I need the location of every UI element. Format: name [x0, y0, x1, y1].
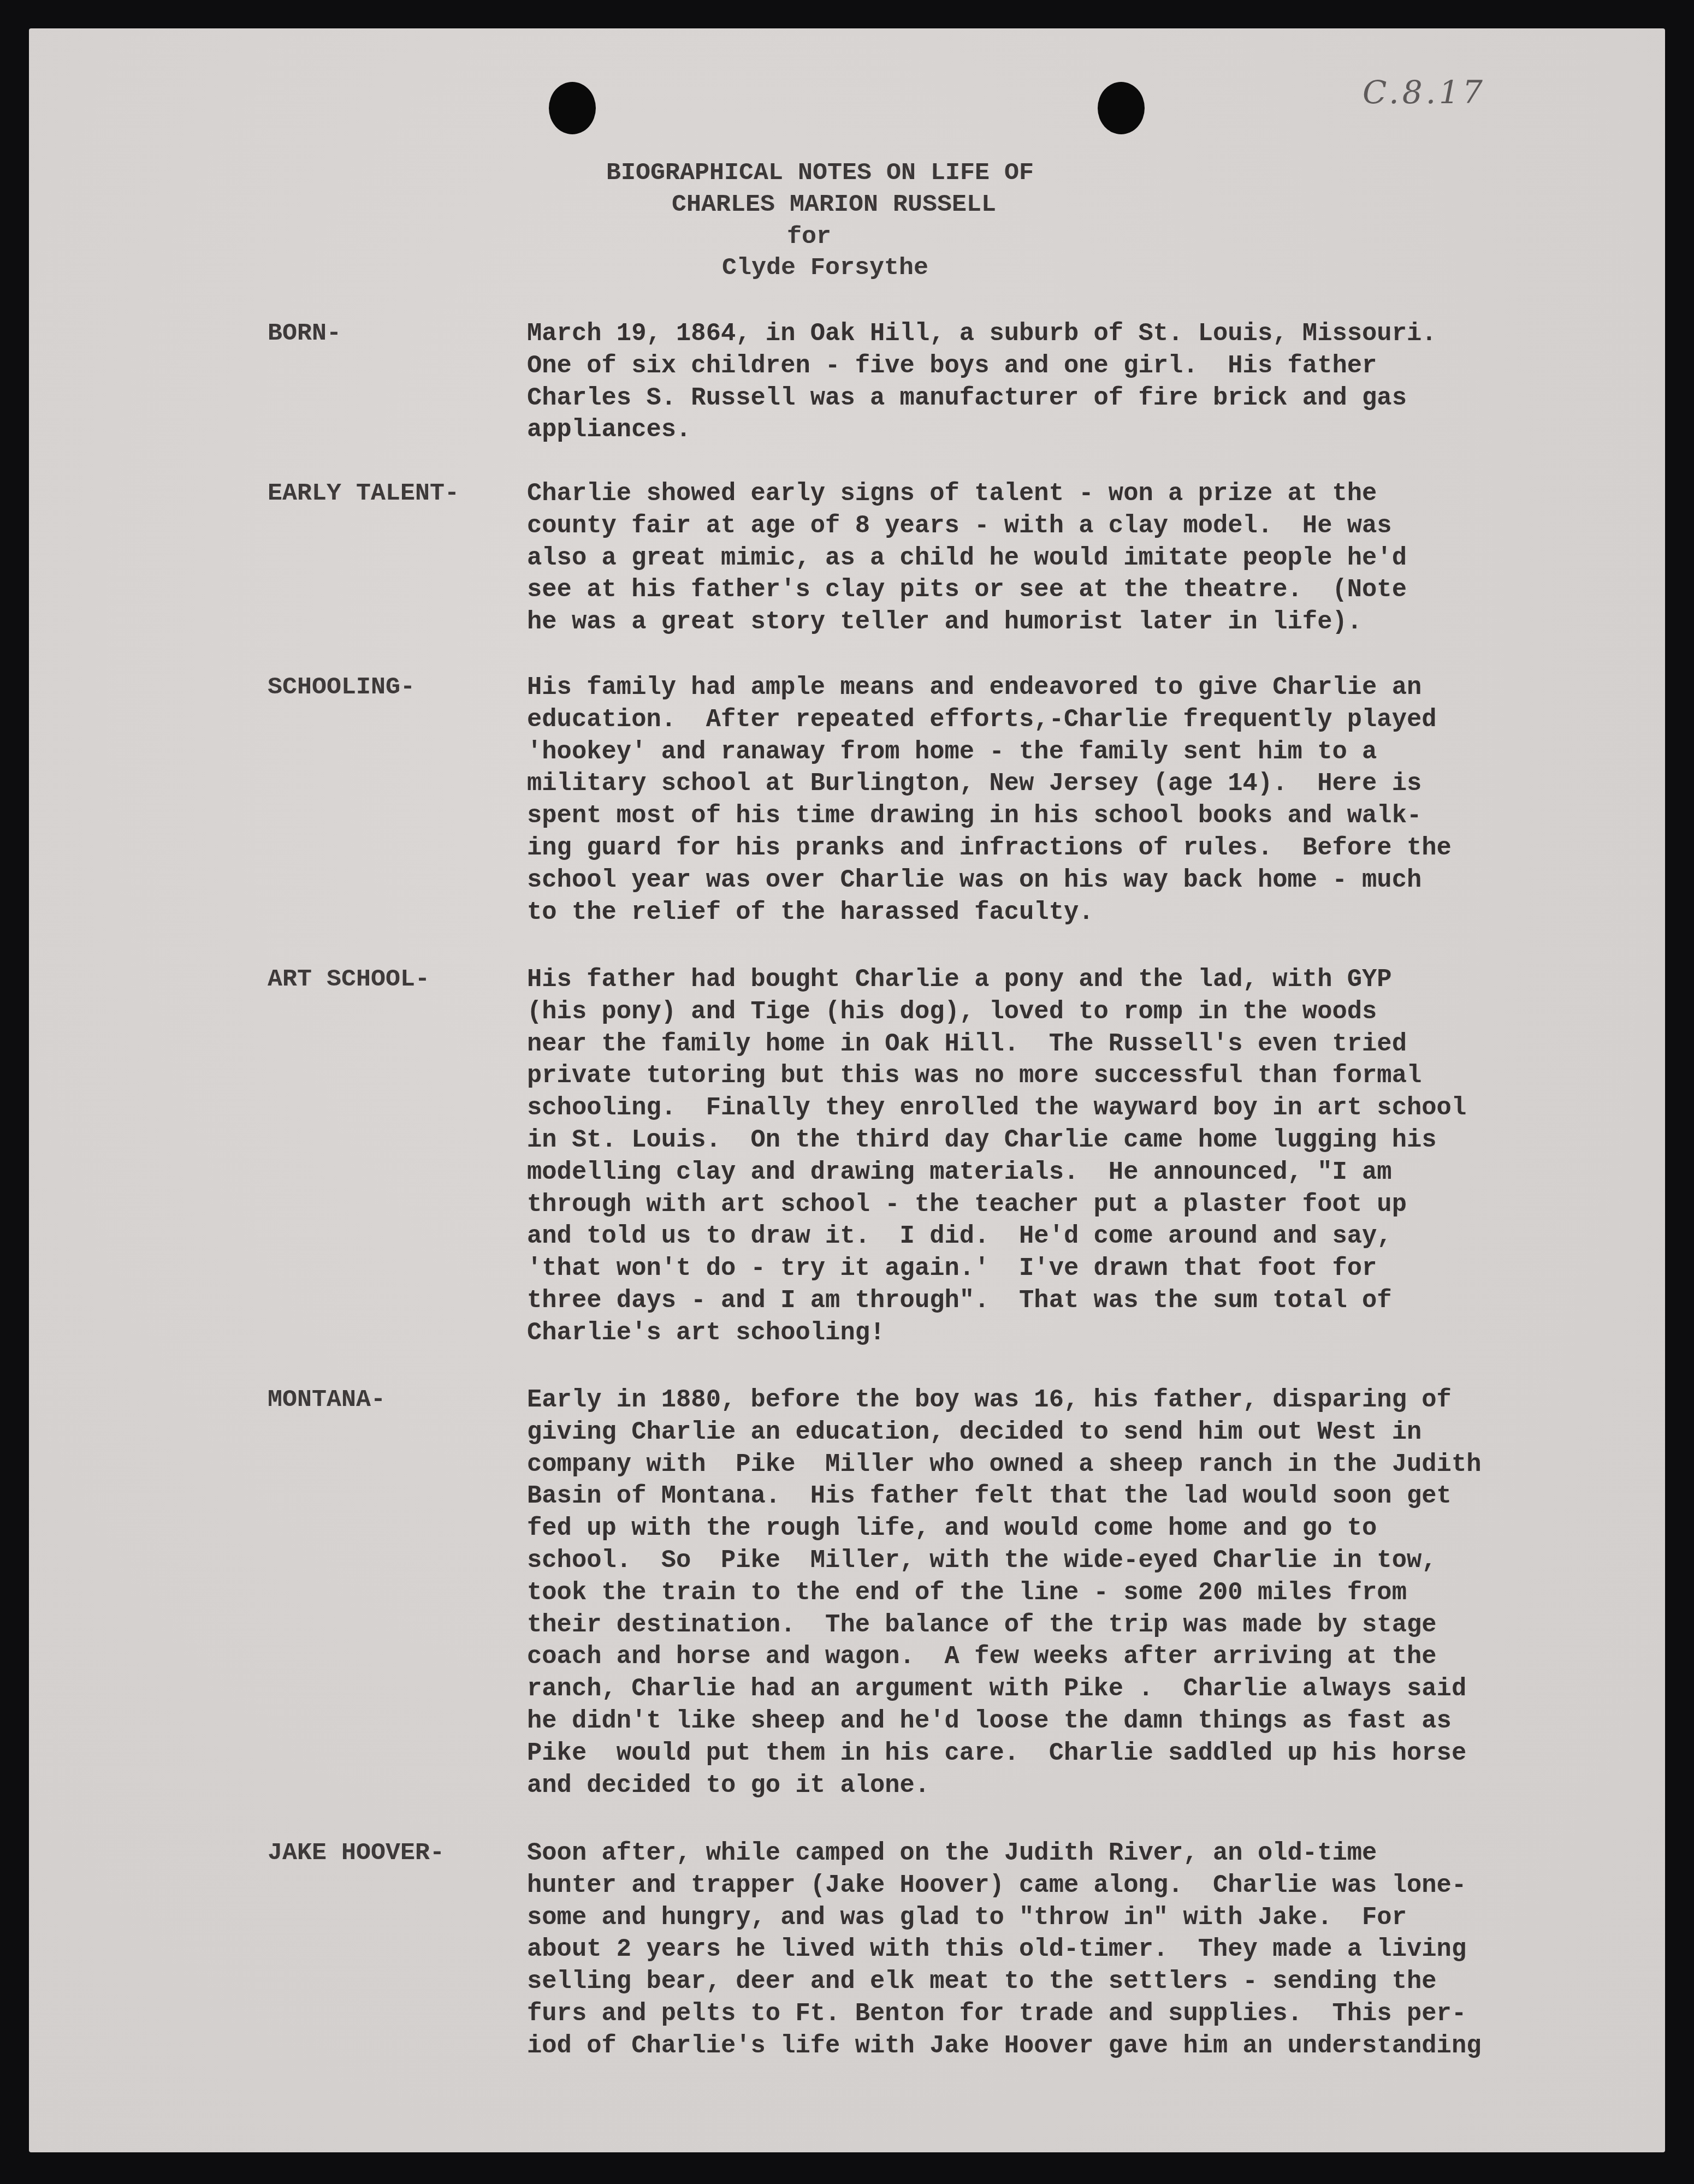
- section-body-early-talent: Charlie showed early signs of talent - w…: [527, 478, 1592, 638]
- text-line: (his pony) and Tige (his dog), loved to …: [527, 996, 1592, 1028]
- text-line: appliances.: [527, 414, 1592, 446]
- text-line: three days - and I am through". That was…: [527, 1285, 1592, 1317]
- section-body-montana: Early in 1880, before the boy was 16, hi…: [527, 1384, 1592, 1801]
- text-line: coach and horse and wagon. A few weeks a…: [527, 1641, 1592, 1673]
- text-line: private tutoring but this was no more su…: [527, 1060, 1592, 1092]
- text-line: also a great mimic, as a child he would …: [527, 542, 1592, 574]
- text-line: selling bear, deer and elk meat to the s…: [527, 1966, 1592, 1998]
- section-body-jake-hoover: Soon after, while camped on the Judith R…: [527, 1837, 1592, 2062]
- title-line-1: BIOGRAPHICAL NOTES ON LIFE OF: [606, 157, 1034, 189]
- text-line: some and hungry, and was glad to "throw …: [527, 1902, 1592, 1934]
- text-line: and decided to go it alone.: [527, 1770, 1592, 1802]
- title-line-2: CHARLES MARION RUSSELL: [672, 189, 996, 221]
- text-line: county fair at age of 8 years - with a c…: [527, 510, 1592, 542]
- section-label-born: BORN-: [268, 318, 341, 349]
- text-line: company with Pike Miller who owned a she…: [527, 1449, 1592, 1481]
- text-line: iod of Charlie's life with Jake Hoover g…: [527, 2030, 1592, 2062]
- text-line: Pike would put them in his care. Charlie…: [527, 1737, 1592, 1770]
- text-line: spent most of his time drawing in his sc…: [527, 800, 1592, 832]
- section-body-art-school: His father had bought Charlie a pony and…: [527, 964, 1592, 1349]
- text-line: hunter and trapper (Jake Hoover) came al…: [527, 1870, 1592, 1902]
- handwritten-catalog-number: C.8.17: [1363, 74, 1486, 111]
- section-label-jake-hoover: JAKE HOOVER-: [268, 1837, 445, 1869]
- text-line: in St. Louis. On the third day Charlie c…: [527, 1124, 1592, 1156]
- text-line: Early in 1880, before the boy was 16, hi…: [527, 1384, 1592, 1416]
- text-line: furs and pelts to Ft. Benton for trade a…: [527, 1998, 1592, 2030]
- section-body-born: March 19, 1864, in Oak Hill, a suburb of…: [527, 318, 1592, 446]
- text-line: His father had bought Charlie a pony and…: [527, 964, 1592, 996]
- text-line: he was a great story teller and humorist…: [527, 606, 1592, 638]
- section-label-schooling: SCHOOLING-: [268, 672, 415, 703]
- title-line-3: for: [787, 221, 831, 253]
- text-line: giving Charlie an education, decided to …: [527, 1416, 1592, 1449]
- text-line: Basin of Montana. His father felt that t…: [527, 1480, 1592, 1512]
- text-line: One of six children - five boys and one …: [527, 350, 1592, 382]
- text-line: took the train to the end of the line - …: [527, 1577, 1592, 1609]
- text-line: modelling clay and drawing materials. He…: [527, 1156, 1592, 1189]
- text-line: Charlie showed early signs of talent - w…: [527, 478, 1592, 510]
- punch-hole-right: [1098, 82, 1145, 134]
- text-line: see at his father's clay pits or see at …: [527, 574, 1592, 606]
- text-line: His family had ample means and endeavore…: [527, 672, 1592, 704]
- text-line: he didn't like sheep and he'd loose the …: [527, 1705, 1592, 1737]
- text-line: near the family home in Oak Hill. The Ru…: [527, 1028, 1592, 1060]
- title-line-4: Clyde Forsythe: [722, 252, 928, 284]
- text-line: their destination. The balance of the tr…: [527, 1609, 1592, 1641]
- text-line: fed up with the rough life, and would co…: [527, 1512, 1592, 1545]
- text-line: education. After repeated efforts,-Charl…: [527, 704, 1592, 736]
- text-line: ing guard for his pranks and infractions…: [527, 832, 1592, 864]
- text-line: to the relief of the harassed faculty.: [527, 897, 1592, 929]
- text-line: school. So Pike Miller, with the wide-ey…: [527, 1545, 1592, 1577]
- text-line: ranch, Charlie had an argument with Pike…: [527, 1673, 1592, 1705]
- punch-hole-left: [549, 82, 596, 134]
- text-line: March 19, 1864, in Oak Hill, a suburb of…: [527, 318, 1592, 350]
- text-line: 'that won't do - try it again.' I've dra…: [527, 1253, 1592, 1285]
- text-line: through with art school - the teacher pu…: [527, 1189, 1592, 1221]
- section-label-art-school: ART SCHOOL-: [268, 964, 430, 995]
- text-line: 'hookey' and ranaway from home - the fam…: [527, 736, 1592, 768]
- section-label-early-talent: EARLY TALENT-: [268, 478, 459, 509]
- text-line: and told us to draw it. I did. He'd come…: [527, 1220, 1592, 1253]
- text-line: about 2 years he lived with this old-tim…: [527, 1933, 1592, 1966]
- section-body-schooling: His family had ample means and endeavore…: [527, 672, 1592, 928]
- text-line: Charles S. Russell was a manufacturer of…: [527, 382, 1592, 414]
- text-line: Charlie's art schooling!: [527, 1317, 1592, 1349]
- text-line: Soon after, while camped on the Judith R…: [527, 1837, 1592, 1870]
- text-line: schooling. Finally they enrolled the way…: [527, 1092, 1592, 1124]
- text-line: school year was over Charlie was on his …: [527, 864, 1592, 897]
- section-label-montana: MONTANA-: [268, 1384, 386, 1416]
- text-line: military school at Burlington, New Jerse…: [527, 768, 1592, 800]
